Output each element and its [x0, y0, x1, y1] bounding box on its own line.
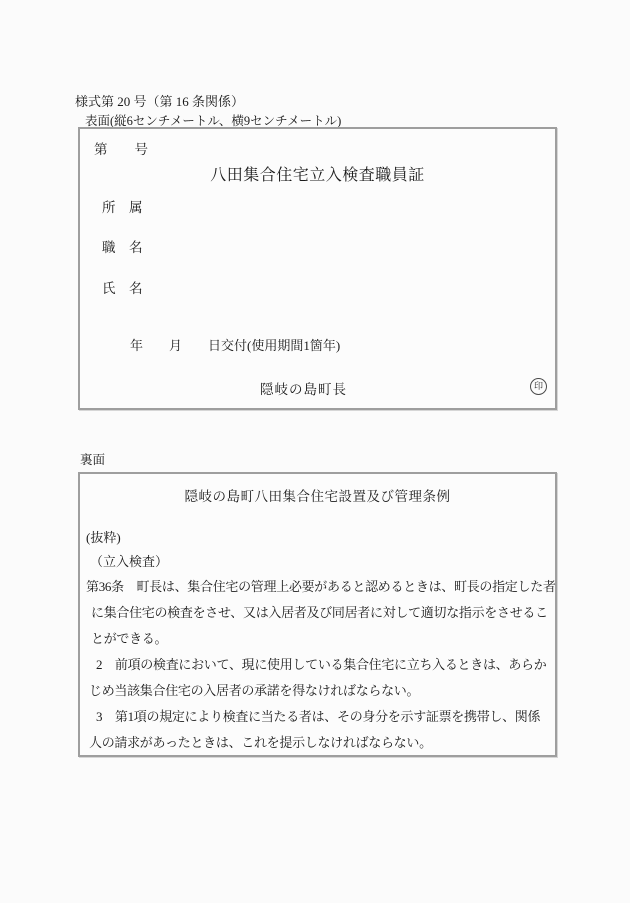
- front-card: 第 号 八田集合住宅立入検査職員証 所 属 職 名 氏 名 年 月 日交付(使用…: [78, 127, 557, 410]
- ordinance-line-4: 2 前項の検査において、現に使用している集合住宅に立ち入るときは、あらか: [80, 652, 555, 678]
- form-number: 様式第 20 号（第 16 条関係）: [75, 91, 244, 110]
- field-affiliation: 所 属: [102, 196, 143, 216]
- issuer-name: 隠岐の島町長: [260, 378, 347, 398]
- excerpt-label: (抜粋): [86, 527, 121, 546]
- seal-mark: 印: [530, 378, 547, 395]
- ordinance-line-5: じめ当該集合住宅の入居者の承諾を得なければならない。: [80, 678, 555, 704]
- section-label: （立入検査）: [90, 551, 168, 570]
- cert-number-field: 第 号: [94, 138, 148, 158]
- ordinance-line-1: 第36条 町長は、集合住宅の管理上必要があると認めるときは、町長の指定した者: [80, 574, 555, 600]
- ordinance-line-2: に集合住宅の検査をさせ、又は入居者及び同居者に対して適切な指示をさせるこ: [80, 600, 555, 626]
- field-full-name: 氏 名: [102, 277, 143, 297]
- issuer-row: 隠岐の島町長 印: [80, 378, 555, 398]
- back-side-label: 裏面: [80, 450, 105, 468]
- ordinance-title: 隠岐の島町八田集合住宅設置及び管理条例: [80, 485, 555, 505]
- issue-date-line: 年 月 日交付(使用期間1箇年): [130, 335, 340, 354]
- ordinance-line-6: 3 第1項の規定により検査に当たる者は、その身分を示す証票を携帯し、関係: [80, 704, 555, 730]
- back-card: 隠岐の島町八田集合住宅設置及び管理条例 (抜粋) （立入検査） 第36条 町長は…: [78, 472, 557, 757]
- document-page: 様式第 20 号（第 16 条関係） 表面(縦6センチメートル、横9センチメート…: [0, 0, 630, 903]
- field-job-title: 職 名: [102, 236, 143, 256]
- ordinance-line-7: 人の請求があったときは、これを提示しなければならない。: [80, 730, 555, 756]
- ordinance-line-3: とができる。: [80, 626, 555, 652]
- ordinance-body: 第36条 町長は、集合住宅の管理上必要があると認めるときは、町長の指定した者 に…: [80, 574, 555, 756]
- front-card-title: 八田集合住宅立入検査職員証: [80, 162, 555, 185]
